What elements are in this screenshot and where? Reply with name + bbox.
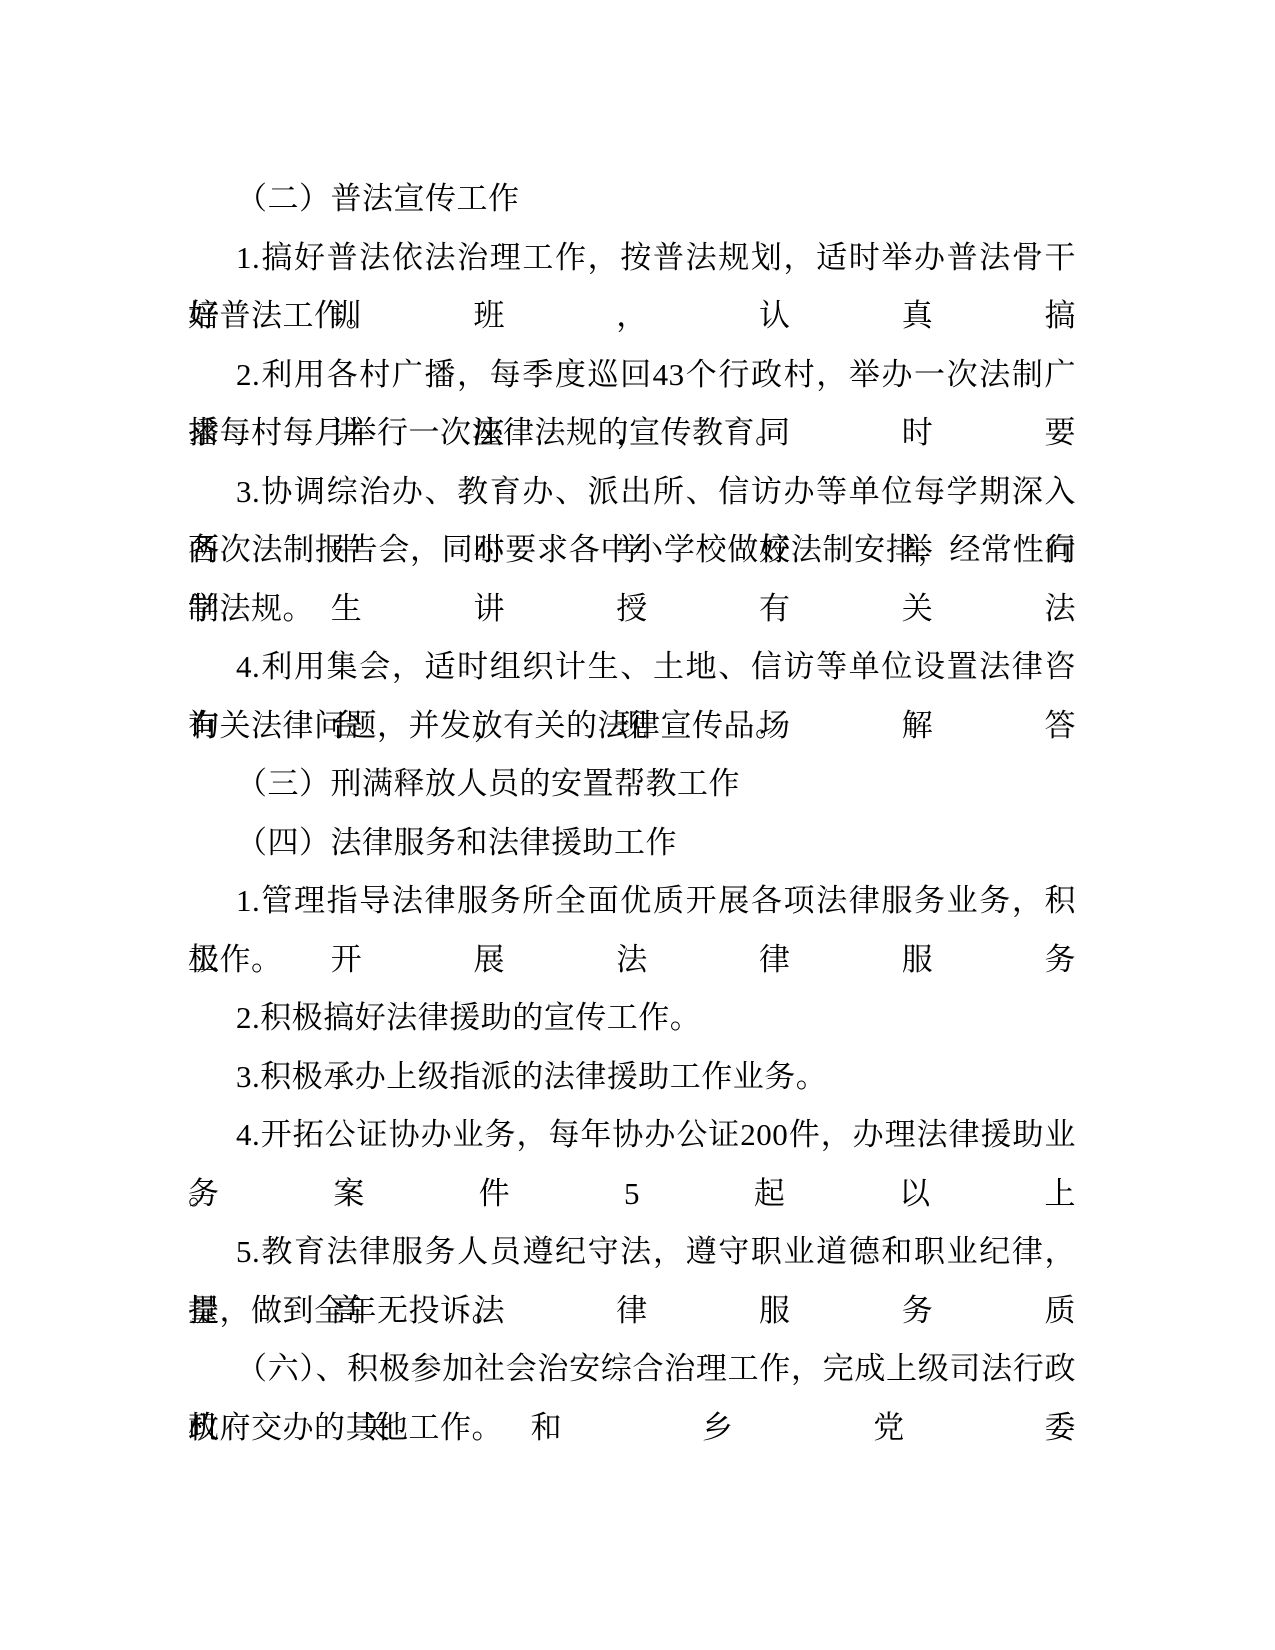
text-line: 3.积极承办上级指派的法律援助工作业务。: [188, 1048, 1076, 1107]
section-heading: （四）法律服务和法律援助工作: [188, 814, 1076, 873]
text-line: 4.开拓公证协办业务，每年协办公证200件，办理法律援助业务案件5起以上: [188, 1106, 1076, 1165]
text-line: 5.教育法律服务人员遵纪守法，遵守职业道德和职业纪律，提高法律服务质: [188, 1223, 1076, 1282]
text-line: 1.搞好普法依法治理工作，按普法规划，适时举办普法骨干培训班，认真搞: [188, 229, 1076, 288]
text-line: 4.利用集会，适时组织计生、土地、信访等单位设置法律咨询台，现场解答: [188, 638, 1076, 697]
text-line: （六）、积极参加社会治安综合治理工作，完成上级司法行政机关和乡党委: [188, 1340, 1076, 1399]
text-line: 1.管理指导法律服务所全面优质开展各项法律服务业务，积极开展法律服务: [188, 872, 1076, 931]
text-line: 两次法制报告会，同时要求各中小学校做好法制安排，经常性向学生讲授有关法: [188, 521, 1076, 580]
text-line: 2.利用各村广播，每季度巡回43个行政村，举办一次法制广播讲座，同时要: [188, 346, 1076, 405]
text-line: 3.协调综治办、教育办、派出所、信访办等单位每学期深入各中小学校举行: [188, 463, 1076, 522]
document-content: （二）普法宣传工作 1.搞好普法依法治理工作，按普法规划，适时举办普法骨干培训班…: [188, 170, 1076, 1457]
section-heading: （二）普法宣传工作: [188, 170, 1076, 229]
text-line: 2.积极搞好法律援助的宣传工作。: [188, 989, 1076, 1048]
section-heading: （三）刑满释放人员的安置帮教工作: [188, 755, 1076, 814]
document-page: （二）普法宣传工作 1.搞好普法依法治理工作，按普法规划，适时举办普法骨干培训班…: [0, 0, 1275, 1650]
